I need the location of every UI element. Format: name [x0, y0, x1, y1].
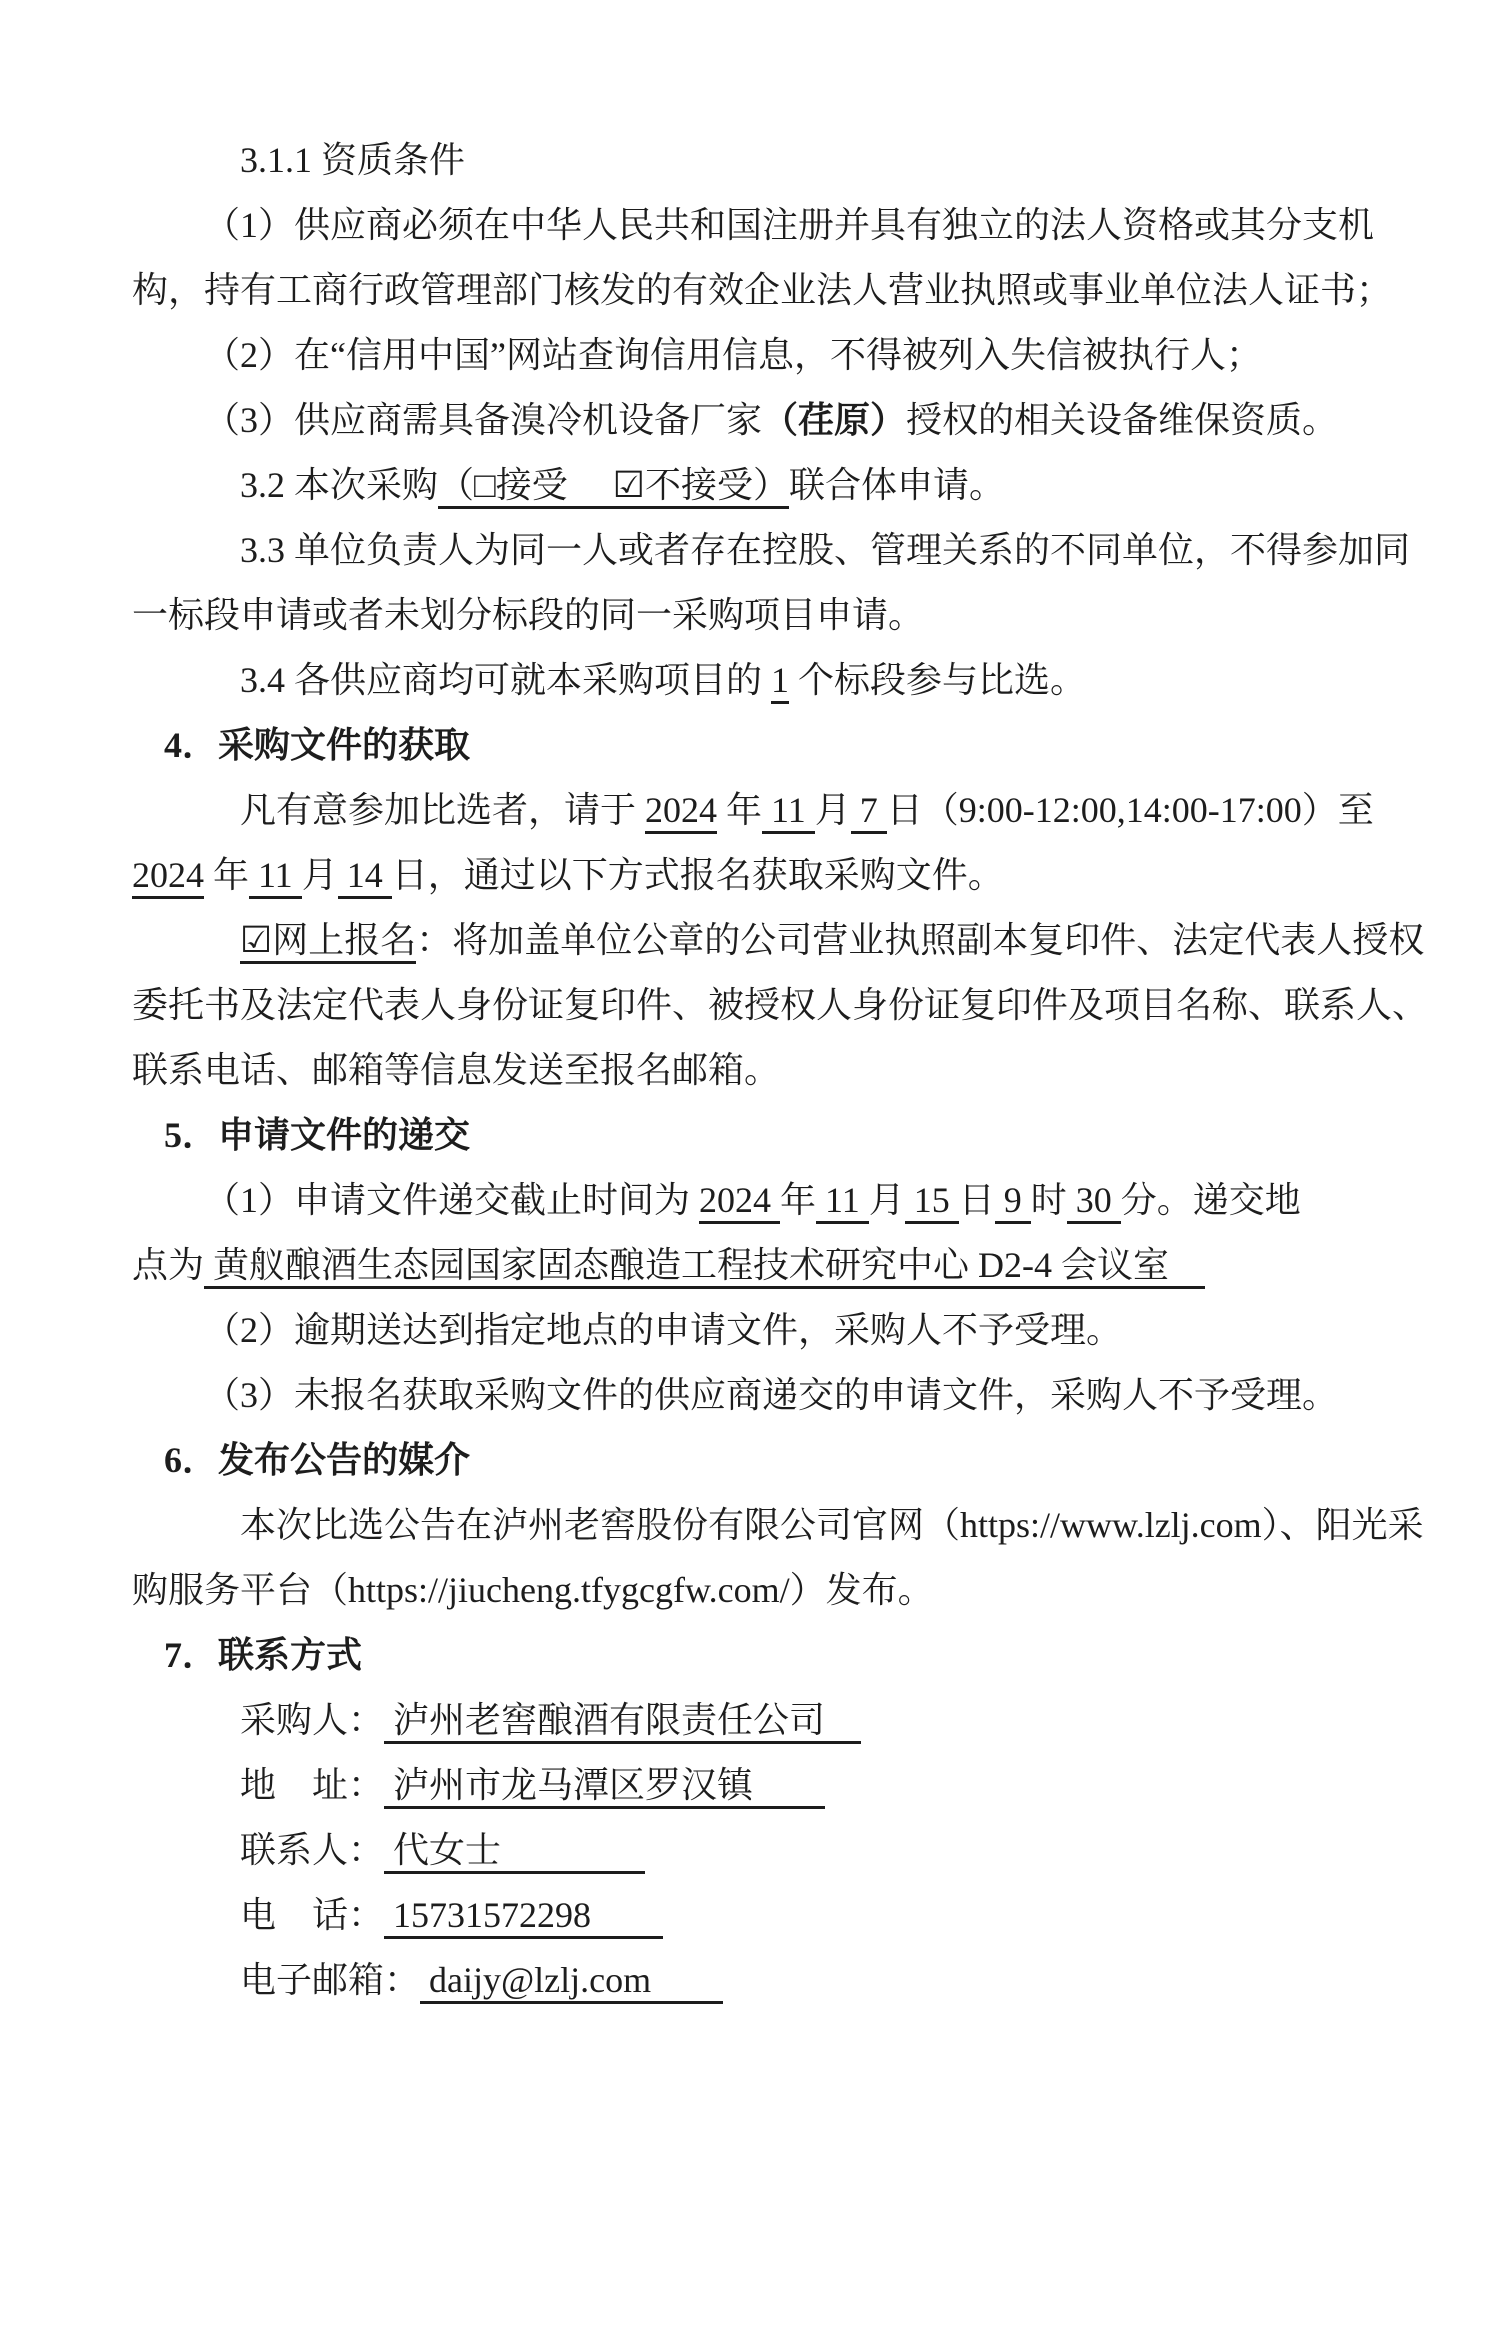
clause-3-2-consortium: 3.2 本次采购（□接受 ☑不接受）联合体申请。 [132, 453, 1432, 518]
text-segment: 年 [780, 1180, 816, 1220]
text-segment: 一标段申请或者未划分标段的同一采购项目申请。 [132, 595, 924, 635]
text-segment: 7．联系方式 [164, 1635, 362, 1675]
clause-3-4-lots: 3.4 各供应商均可就本采购项目的 1 个标段参与比选。 [132, 648, 1432, 713]
text-segment: 电子邮箱： [204, 1960, 420, 2000]
obtain-start-day: 7 [851, 790, 887, 834]
announcement-media-line-2: 购服务平台（https://jiucheng.tfygcgfw.com/）发布。 [132, 1558, 1432, 1623]
online-registration-line-3: 联系电话、邮箱等信息发送至报名邮箱。 [132, 1038, 1432, 1103]
text-segment: 日（9:00-12:00,14:00-17:00）至 [887, 790, 1374, 830]
contact-phone-row: 电 话： 15731572298 [132, 1883, 1432, 1948]
text-segment: 电 话： [204, 1895, 384, 1935]
text-segment: 5．申请文件的递交 [164, 1115, 470, 1155]
text-segment: 3.4 各供应商均可就本采购项目的 [204, 660, 771, 700]
official-website-url: https://www.lzlj.com [960, 1505, 1262, 1545]
text-segment: 联系电话、邮箱等信息发送至报名邮箱。 [132, 1050, 780, 1090]
text-segment: 月 [302, 855, 338, 895]
section-6-heading: 6．发布公告的媒介 [132, 1428, 1432, 1493]
text-segment: （3）供应商需具备溴冷机设备厂家 [204, 400, 762, 440]
deadline-hour: 9 [995, 1180, 1031, 1224]
obtain-end-month: 11 [249, 855, 302, 899]
text-segment: 日 [959, 1180, 995, 1220]
text-segment: 采购人： [204, 1700, 384, 1740]
deadline-minute: 30 [1067, 1180, 1121, 1224]
buyer-address: 泸州市龙马潭区罗汉镇 [384, 1765, 825, 1809]
text-segment: ：将加盖单位公章的公司营业执照副本复印件、法定代表人授权 [416, 920, 1424, 960]
text-segment [204, 920, 240, 960]
section-4-heading: 4．采购文件的获取 [132, 713, 1432, 778]
text-segment: 月 [815, 790, 851, 830]
text-segment: 年 [717, 790, 762, 830]
contact-email-row: 电子邮箱： daijy@lzlj.com [132, 1948, 1432, 2013]
contact-person: 代女士 [384, 1830, 645, 1874]
submission-location: 黄舣酿酒生态园国家固态酿造工程技术研究中心 D2-4 会议室 [204, 1245, 1205, 1289]
text-segment: 6．发布公告的媒介 [164, 1440, 470, 1480]
online-registration-line-1: ☑网上报名：将加盖单位公章的公司营业执照副本复印件、法定代表人授权 [132, 908, 1432, 973]
text-segment: 购服务平台（ [132, 1570, 348, 1610]
contact-phone: 15731572298 [384, 1895, 663, 1939]
qualification-item-1-line-1: （1）供应商必须在中华人民共和国注册并具有独立的法人资格或其分支机 [132, 193, 1432, 258]
announcement-media-line-1: 本次比选公告在泸州老窖股份有限公司官网（https://www.lzlj.com… [132, 1493, 1432, 1558]
section-5-heading: 5．申请文件的递交 [132, 1103, 1432, 1168]
clause-3-3-line-2: 一标段申请或者未划分标段的同一采购项目申请。 [132, 583, 1432, 648]
obtain-start-month: 11 [762, 790, 815, 834]
document-body: 3.1.1 资质条件（1）供应商必须在中华人民共和国注册并具有独立的法人资格或其… [132, 128, 1432, 2013]
submission-location-line-2: 点为 黄舣酿酒生态园国家固态酿造工程技术研究中心 D2-4 会议室 [132, 1233, 1432, 1298]
submission-item-2: （2）逾期送达到指定地点的申请文件，采购人不予受理。 [132, 1298, 1432, 1363]
obtain-end-year: 2024 [132, 855, 204, 899]
text-segment: 3.3 单位负责人为同一人或者存在控股、管理关系的不同单位，不得参加同 [204, 530, 1410, 570]
text-segment: 联合体申请。 [789, 465, 1005, 505]
text-segment: （2）在“信用中国”网站查询信用信息，不得被列入失信被执行人； [204, 335, 1262, 375]
text-segment: ）发布。 [790, 1570, 934, 1610]
qualification-item-3: （3）供应商需具备溴冷机设备厂家（荏原）授权的相关设备维保资质。 [132, 388, 1432, 453]
obtain-end-day: 14 [338, 855, 392, 899]
procurement-platform-url: https://jiucheng.tfygcgfw.com/ [348, 1570, 790, 1610]
document-page: 3.1.1 资质条件（1）供应商必须在中华人民共和国注册并具有独立的法人资格或其… [0, 0, 1500, 2332]
text-segment: 联系人： [204, 1830, 384, 1870]
online-registration-checkbox-label: ☑网上报名 [240, 920, 416, 964]
clause-3-1-1-heading: 3.1.1 资质条件 [132, 128, 1432, 193]
text-segment: 授权的相关设备维保资质。 [906, 400, 1338, 440]
document-obtain-line-1: 凡有意参加比选者，请于 2024 年 11 月 7 日（9:00-12:00,1… [132, 778, 1432, 843]
text-segment: 个标段参与比选。 [789, 660, 1086, 700]
deadline-year: 2024 [699, 1180, 780, 1224]
clause-3-3-line-1: 3.3 单位负责人为同一人或者存在控股、管理关系的不同单位，不得参加同 [132, 518, 1432, 583]
contact-person-row: 联系人： 代女士 [132, 1818, 1432, 1883]
text-segment: 时 [1031, 1180, 1067, 1220]
submission-deadline-line-1: （1）申请文件递交截止时间为 2024 年 11 月 15 日 9 时 30 分… [132, 1168, 1432, 1233]
text-segment: 凡有意参加比选者，请于 [204, 790, 645, 830]
text-segment: 3.2 本次采购 [204, 465, 438, 505]
contact-address-row: 地 址： 泸州市龙马潭区罗汉镇 [132, 1753, 1432, 1818]
manufacturer-name: （荏原） [762, 400, 906, 440]
text-segment: （2）逾期送达到指定地点的申请文件，采购人不予受理。 [204, 1310, 1122, 1350]
text-segment: 本次比选公告在泸州老窖股份有限公司官网（ [204, 1505, 960, 1545]
text-segment: ）、阳光采 [1262, 1505, 1424, 1545]
text-segment: （1）供应商必须在中华人民共和国注册并具有独立的法人资格或其分支机 [204, 205, 1374, 245]
obtain-start-year: 2024 [645, 790, 717, 834]
document-obtain-line-2: 2024 年 11 月 14 日，通过以下方式报名获取采购文件。 [132, 843, 1432, 908]
qualification-item-1-line-2: 构，持有工商行政管理部门核发的有效企业法人营业执照或事业单位法人证书； [132, 258, 1432, 323]
text-segment: 月 [869, 1180, 905, 1220]
contact-buyer-row: 采购人： 泸州老窖酿酒有限责任公司 [132, 1688, 1432, 1753]
consortium-acceptance-checkboxes: （□接受 ☑不接受） [438, 465, 789, 509]
lot-count: 1 [771, 660, 789, 704]
text-segment: 构，持有工商行政管理部门核发的有效企业法人营业执照或事业单位法人证书； [132, 270, 1392, 310]
submission-item-3: （3）未报名获取采购文件的供应商递交的申请文件，采购人不予受理。 [132, 1363, 1432, 1428]
text-segment: 4．采购文件的获取 [164, 725, 470, 765]
text-segment: 年 [204, 855, 249, 895]
text-segment: 3.1.1 资质条件 [204, 140, 465, 180]
text-segment: （3）未报名获取采购文件的供应商递交的申请文件，采购人不予受理。 [204, 1375, 1338, 1415]
deadline-day: 15 [905, 1180, 959, 1224]
deadline-month: 11 [816, 1180, 869, 1224]
text-segment: 日，通过以下方式报名获取采购文件。 [392, 855, 1004, 895]
buyer-name: 泸州老窖酿酒有限责任公司 [384, 1700, 861, 1744]
text-segment: 委托书及法定代表人身份证复印件、被授权人身份证复印件及项目名称、联系人、 [132, 985, 1428, 1025]
text-segment: 分。递交地 [1121, 1180, 1301, 1220]
contact-email: daijy@lzlj.com [420, 1960, 723, 2004]
qualification-item-2: （2）在“信用中国”网站查询信用信息，不得被列入失信被执行人； [132, 323, 1432, 388]
text-segment: 点为 [132, 1245, 204, 1285]
text-segment: （1）申请文件递交截止时间为 [204, 1180, 699, 1220]
section-7-heading: 7．联系方式 [132, 1623, 1432, 1688]
text-segment: 地 址： [204, 1765, 384, 1805]
online-registration-line-2: 委托书及法定代表人身份证复印件、被授权人身份证复印件及项目名称、联系人、 [132, 973, 1432, 1038]
